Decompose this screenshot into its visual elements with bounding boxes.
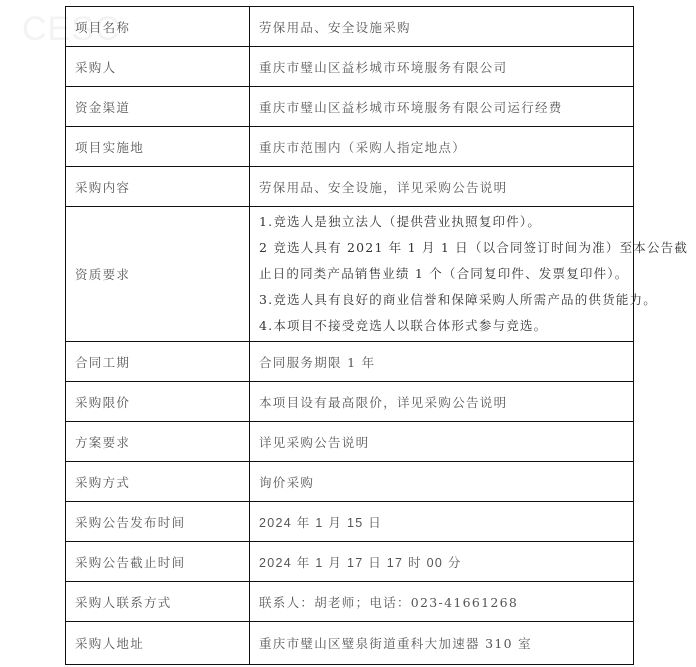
row-label: 采购内容 [66,167,250,207]
row-label: 采购限价 [66,382,250,422]
procurement-info-table: 项目名称 劳保用品、安全设施采购 采购人 重庆市璧山区益杉城市环境服务有限公司 … [65,6,634,665]
table-row-procurement-content: 采购内容 劳保用品、安全设施，详见采购公告说明 [66,167,634,207]
row-value: 重庆市璧山区璧泉街道重科大加速器 310 室 [250,622,634,665]
row-label: 资金渠道 [66,87,250,127]
table-row-purchaser: 采购人 重庆市璧山区益杉城市环境服务有限公司 [66,47,634,87]
table-row-publish-time: 采购公告发布时间 2024 年 1 月 15 日 [66,502,634,542]
row-label: 采购人地址 [66,622,250,665]
table-row-price-limit: 采购限价 本项目设有最高限价，详见采购公告说明 [66,382,634,422]
row-value: 合同服务期限 1 年 [250,342,634,382]
row-label: 项目名称 [66,7,250,47]
row-value: 本项目设有最高限价，详见采购公告说明 [250,382,634,422]
row-label: 采购方式 [66,462,250,502]
row-value: 联系人：胡老师；电话：023-41661268 [250,582,634,622]
row-value: 劳保用品、安全设施，详见采购公告说明 [250,167,634,207]
requirement-line-1: 1.竞选人是独立法人（提供营业执照复印件）。 [259,209,633,235]
row-value: 2024 年 1 月 17 日 17 时 00 分 [250,542,634,582]
table-row-contact: 采购人联系方式 联系人：胡老师；电话：023-41661268 [66,582,634,622]
row-label: 项目实施地 [66,127,250,167]
table-row-funding-source: 资金渠道 重庆市璧山区益杉城市环境服务有限公司运行经费 [66,87,634,127]
row-label: 资质要求 [66,207,250,342]
row-label: 采购人 [66,47,250,87]
row-label: 采购公告截止时间 [66,542,250,582]
row-value: 询价采购 [250,462,634,502]
row-value: 劳保用品、安全设施采购 [250,7,634,47]
row-value: 重庆市范围内（采购人指定地点） [250,127,634,167]
row-label: 采购公告发布时间 [66,502,250,542]
row-value: 重庆市璧山区益杉城市环境服务有限公司 [250,47,634,87]
table-row-implementation-site: 项目实施地 重庆市范围内（采购人指定地点） [66,127,634,167]
row-label: 方案要求 [66,422,250,462]
table-row-qualification-requirements: 资质要求 1.竞选人是独立法人（提供营业执照复印件）。 2 竞选人具有 2021… [66,207,634,342]
row-label: 采购人联系方式 [66,582,250,622]
table-row-address: 采购人地址 重庆市璧山区璧泉街道重科大加速器 310 室 [66,622,634,665]
table-row-deadline: 采购公告截止时间 2024 年 1 月 17 日 17 时 00 分 [66,542,634,582]
row-label: 合同工期 [66,342,250,382]
table-row-contract-period: 合同工期 合同服务期限 1 年 [66,342,634,382]
table-row-plan-requirements: 方案要求 详见采购公告说明 [66,422,634,462]
row-value: 详见采购公告说明 [250,422,634,462]
requirement-line-4: 4.本项目不接受竞选人以联合体形式参与竞选。 [259,313,633,339]
table-row-project-name: 项目名称 劳保用品、安全设施采购 [66,7,634,47]
requirement-line-2-cont: 止日的同类产品销售业绩 1 个（合同复印件、发票复印件）。 [259,261,633,287]
row-value-requirements: 1.竞选人是独立法人（提供营业执照复印件）。 2 竞选人具有 2021 年 1 … [250,207,634,342]
table-row-procurement-method: 采购方式 询价采购 [66,462,634,502]
row-value: 重庆市璧山区益杉城市环境服务有限公司运行经费 [250,87,634,127]
row-value: 2024 年 1 月 15 日 [250,502,634,542]
requirement-line-3: 3.竞选人具有良好的商业信誉和保障采购人所需产品的供货能力。 [259,287,633,313]
requirement-line-2: 2 竞选人具有 2021 年 1 月 1 日（以合同签订时间为准）至本公告截 [259,235,633,261]
